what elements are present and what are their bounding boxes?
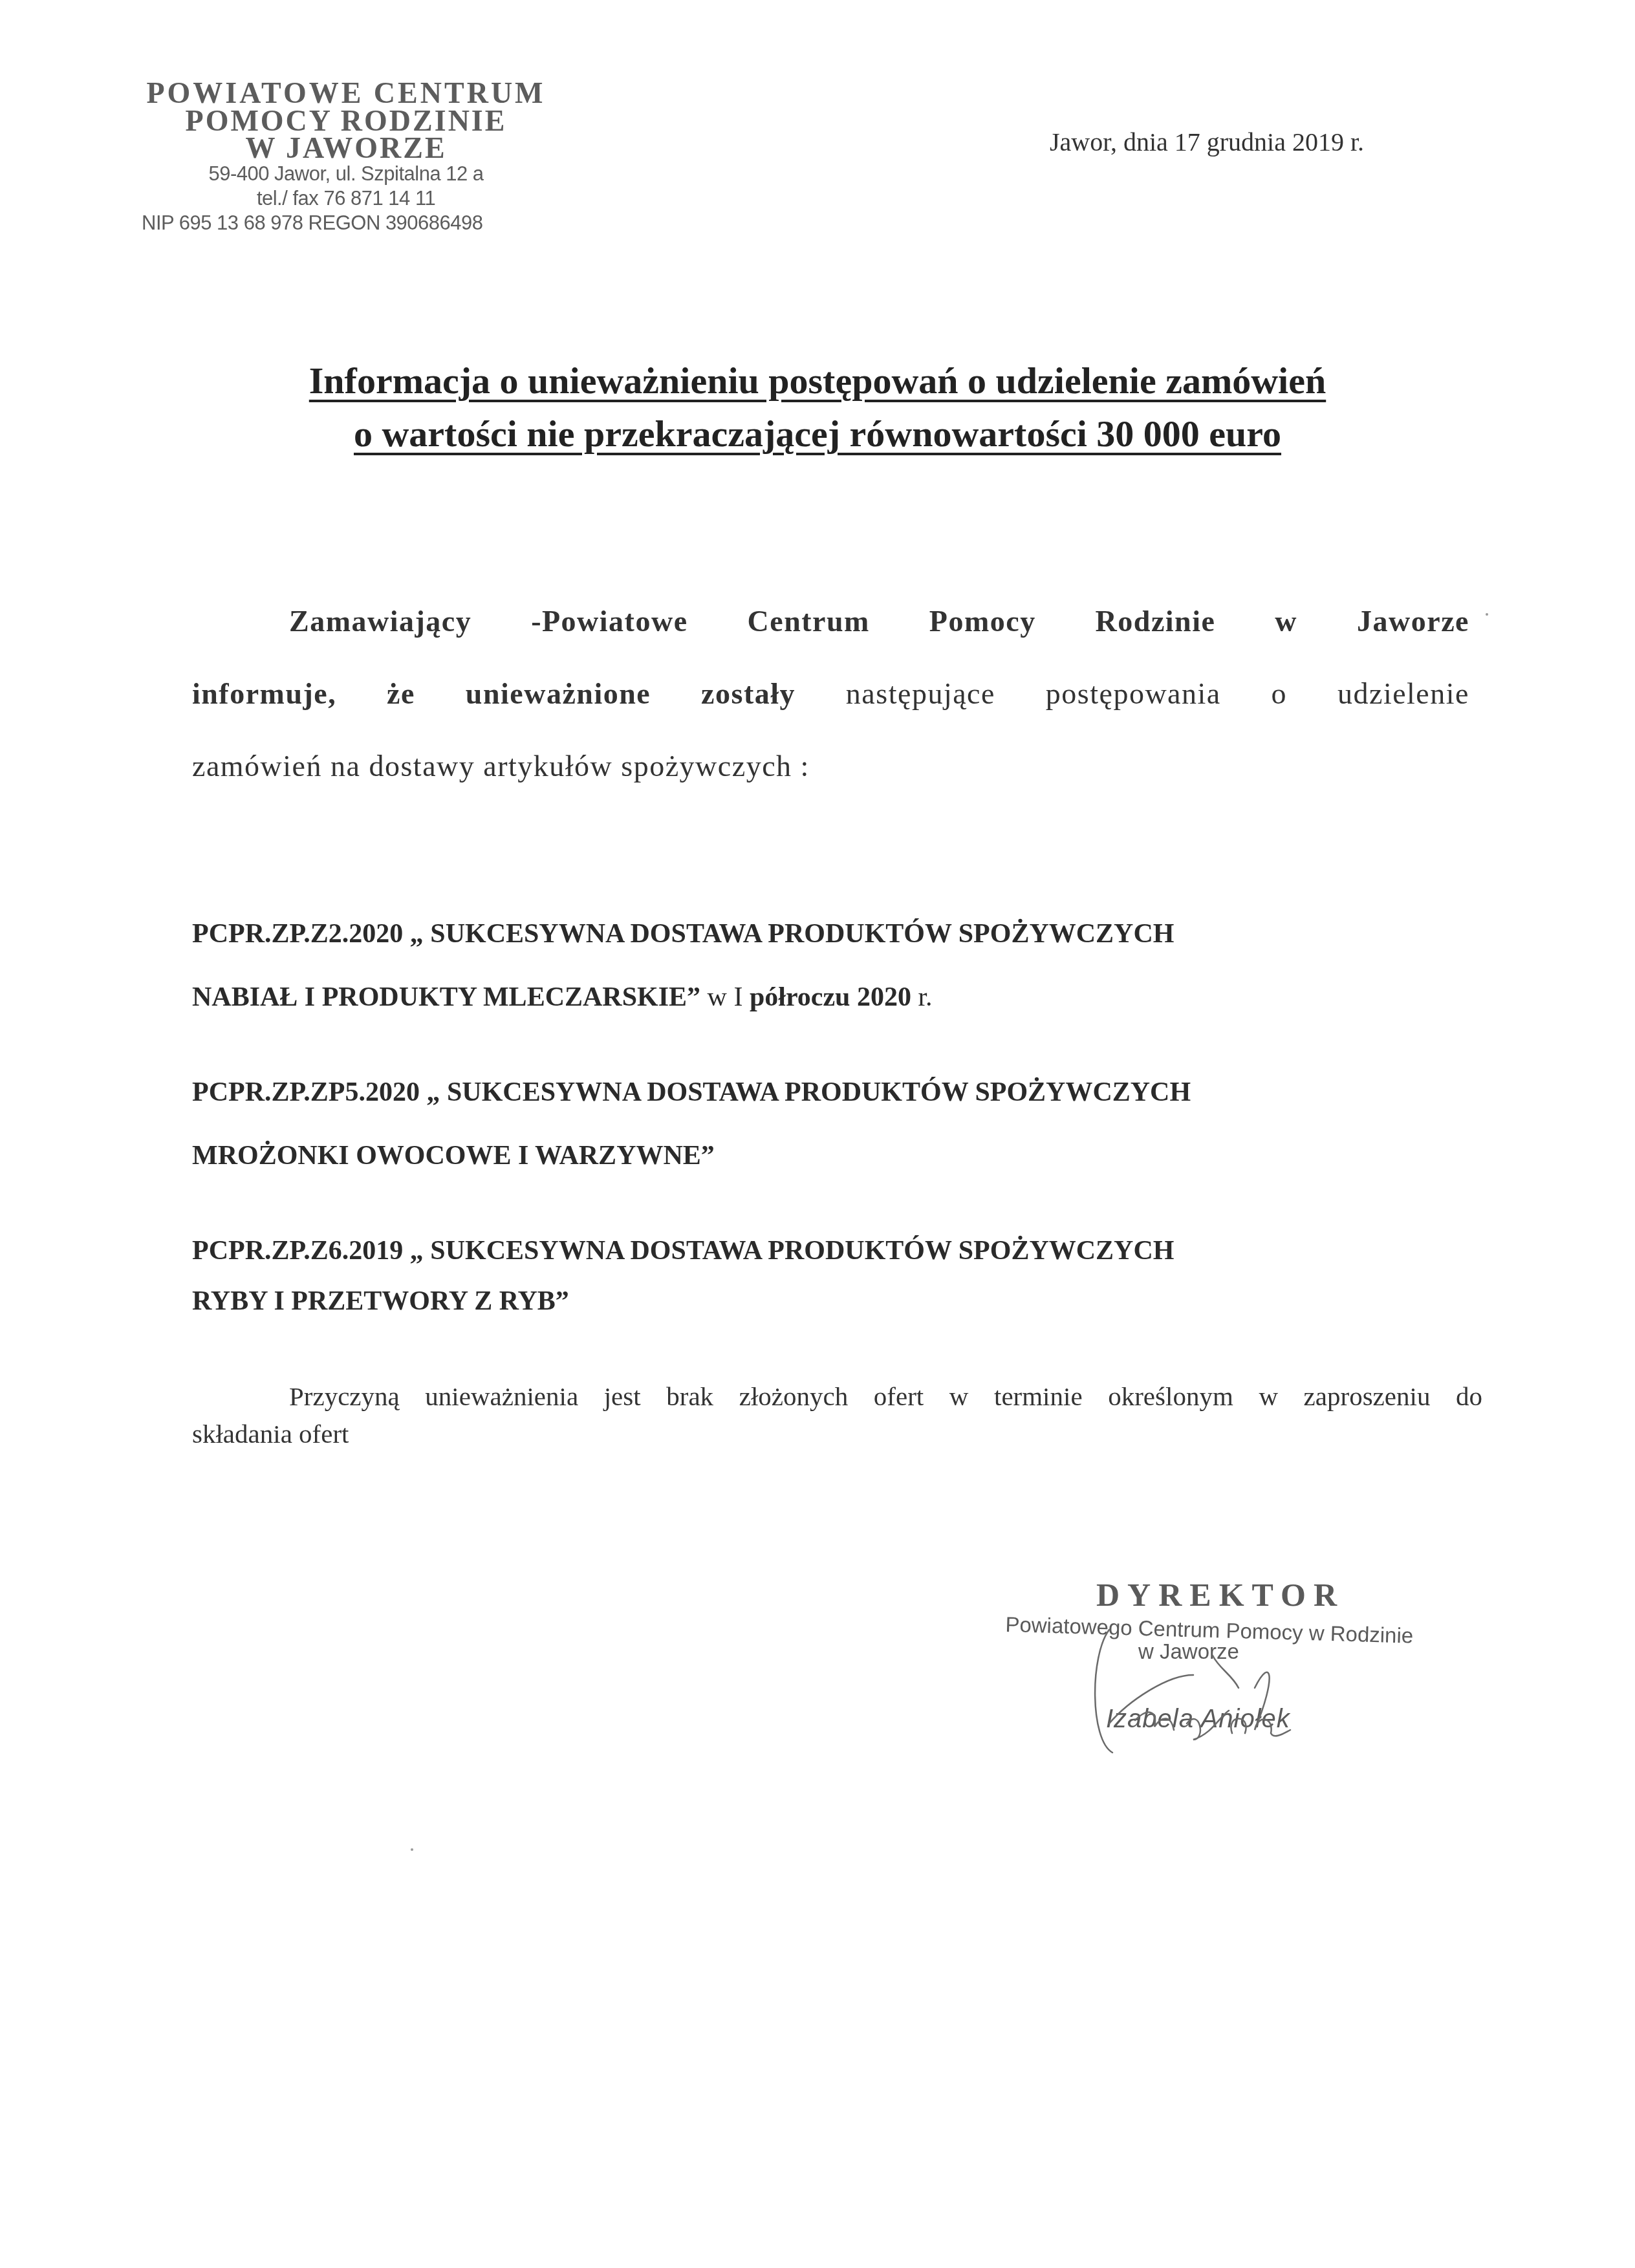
- stamp-tax-ids: NIP 695 13 68 978 REGON 390686498: [142, 211, 553, 235]
- stamp-line-3: W JAWORZE: [139, 135, 553, 162]
- signature-block: DYREKTOR Powiatowego Centrum Pomocy w Ro…: [999, 1578, 1452, 1734]
- intro-line-1: Zamawiający -Powiatowe Centrum Pomocy Ro…: [192, 585, 1469, 658]
- procedure-title: PCPR.ZP.ZP5.2020 „ SUKCESYWNA DOSTAWA PR…: [192, 1061, 1486, 1124]
- institution-stamp: POWIATOWE CENTRUM POMOCY RODZINIE W JAWO…: [139, 79, 553, 235]
- scan-speck: [411, 1848, 413, 1851]
- scan-speck: [1486, 613, 1488, 616]
- procedure-item: PCPR.ZP.Z2.2020 „ SUKCESYWNA DOSTAWA PRO…: [192, 902, 1486, 1029]
- procedure-subject: NABIAŁ I PRODUKTY MLECZARSKIE” w I półro…: [192, 966, 1486, 1029]
- intro-line-3: zamówień na dostawy artykułów spożywczyc…: [192, 750, 810, 783]
- procedure-subject: MROŻONKI OWOCOWE I WARZYWNE”: [192, 1124, 1486, 1187]
- intro-line-2-bold: informuje, że unieważnione zostały: [192, 677, 796, 710]
- document-date: Jawor, dnia 17 grudnia 2019 r.: [1050, 127, 1364, 157]
- intro-line-2: informuje, że unieważnione zostały nastę…: [192, 658, 1469, 730]
- procedure-item: PCPR.ZP.Z6.2019 „ SUKCESYWNA DOSTAWA PRO…: [192, 1226, 1486, 1326]
- procedure-title: PCPR.ZP.Z2.2020 „ SUKCESYWNA DOSTAWA PRO…: [192, 902, 1486, 966]
- stamp-address: 59-400 Jawor, ul. Szpitalna 12 a: [139, 162, 553, 186]
- intro-line-2-rest: następujące postępowania o udzielenie: [796, 677, 1469, 710]
- reason-line-2: składania ofert: [192, 1419, 349, 1449]
- title-line-1: Informacja o unieważnieniu postępowań o …: [309, 360, 1326, 402]
- intro-paragraph: Zamawiający -Powiatowe Centrum Pomocy Ro…: [192, 585, 1469, 803]
- document-title: Informacja o unieważnieniu postępowań o …: [0, 354, 1635, 460]
- signature-name: Izabela Aniołek: [1106, 1705, 1452, 1734]
- procedure-item: PCPR.ZP.ZP5.2020 „ SUKCESYWNA DOSTAWA PR…: [192, 1061, 1486, 1187]
- stamp-line-1: POWIATOWE CENTRUM: [139, 79, 553, 107]
- reason-paragraph: Przyczyną unieważnienia jest brak złożon…: [192, 1377, 1482, 1453]
- stamp-phone: tel./ fax 76 871 14 11: [139, 186, 553, 211]
- procedure-title: PCPR.ZP.Z6.2019 „ SUKCESYWNA DOSTAWA PRO…: [192, 1226, 1486, 1276]
- reason-line-1: Przyczyną unieważnienia jest brak złożon…: [192, 1377, 1482, 1415]
- title-line-2: o wartości nie przekraczającej równowart…: [354, 413, 1281, 455]
- procedure-subject: RYBY I PRZETWORY Z RYB”: [192, 1276, 1486, 1326]
- signature-title: DYREKTOR: [1096, 1578, 1452, 1612]
- stamp-line-2: POMOCY RODZINIE: [139, 107, 553, 135]
